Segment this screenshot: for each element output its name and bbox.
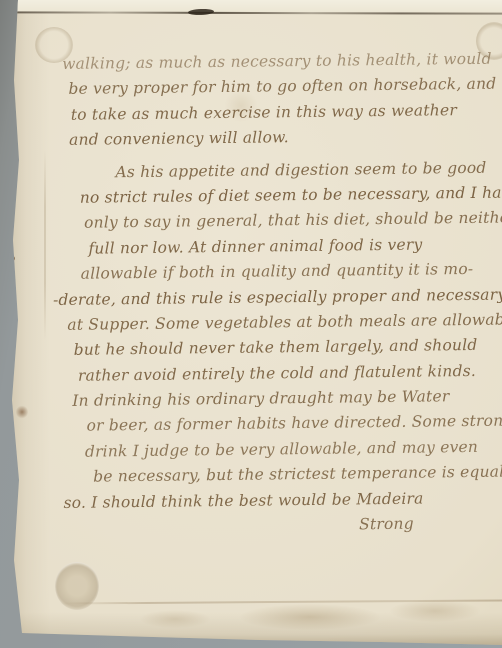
manuscript-line: and conveniency will allow. — [69, 123, 483, 153]
crease-ink-blob — [188, 9, 214, 16]
manuscript-text: walking; as much as necessary to his hea… — [58, 47, 488, 542]
scanned-letter-photo: walking; as much as necessary to his hea… — [0, 0, 502, 648]
stain-mark — [140, 610, 210, 628]
fold-line — [44, 150, 46, 340]
fold-crease — [0, 11, 502, 14]
fold-line — [58, 599, 502, 604]
folded-top-edge — [0, 0, 502, 12]
stain-mark — [240, 604, 380, 630]
catchword: Strong — [64, 511, 488, 542]
letter-page: walking; as much as necessary to his hea… — [0, 0, 502, 648]
stain-mark — [390, 600, 480, 622]
stain-mark — [10, 256, 15, 261]
stain-mark — [16, 405, 28, 419]
